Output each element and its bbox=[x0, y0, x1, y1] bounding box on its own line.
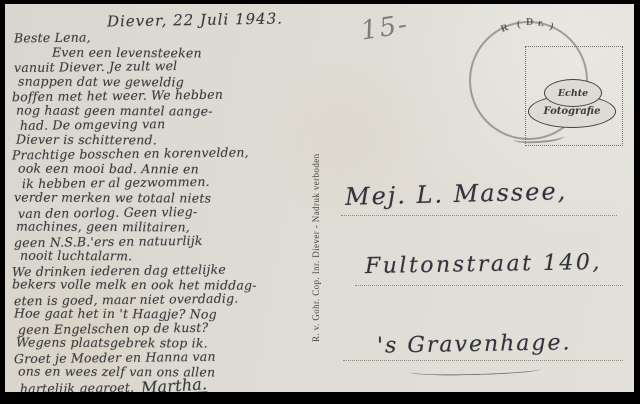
address-line-name: Mej. L. Massee, bbox=[345, 177, 568, 211]
publisher-imprint: R. v. Gohr. Cop. Inr. Diever - Nadruk ve… bbox=[311, 80, 321, 342]
logo-text-fotografie: Fotografie bbox=[544, 106, 601, 117]
letter-line: Beste Lena, bbox=[14, 31, 91, 46]
address-dotted-line bbox=[343, 360, 623, 361]
address-dotted-line bbox=[355, 285, 623, 286]
scanned-postcard-back: { "postcard": { "date": "Diever, 22 Juli… bbox=[0, 0, 640, 404]
address-dotted-line bbox=[341, 215, 617, 216]
letter-body: Beste Lena, Even een levensteeken vanuit… bbox=[12, 31, 314, 392]
address-line-street: Fultonstraat 140, bbox=[365, 250, 602, 279]
postcard: Diever, 22 Juli 1943. Beste Lena, Even e… bbox=[5, 4, 634, 392]
letter-line: machines, geen militairen, bbox=[16, 220, 190, 235]
date-line: Diever, 22 Juli 1943. bbox=[107, 9, 283, 30]
letter-line: nooit luchtalarm. bbox=[20, 249, 132, 264]
letter-closing-line: hartelijk gegroet.Martha. bbox=[20, 379, 208, 392]
postmark-letter: D bbox=[526, 17, 533, 28]
pencil-price-mark: 15- bbox=[359, 10, 411, 45]
letter-line: vanuit Diever. Je zult wel bbox=[14, 59, 178, 75]
address-line-city: 's Gravenhage. bbox=[377, 330, 572, 358]
city-underline bbox=[410, 364, 542, 376]
closing-text: hartelijk gegroet. bbox=[20, 380, 134, 392]
logo-text-echte: Echte bbox=[558, 88, 588, 99]
letter-line: had. De omgeving van bbox=[20, 117, 165, 133]
echte-fotografie-logo-top: Echte bbox=[544, 79, 602, 107]
signature: Martha. bbox=[141, 377, 208, 392]
